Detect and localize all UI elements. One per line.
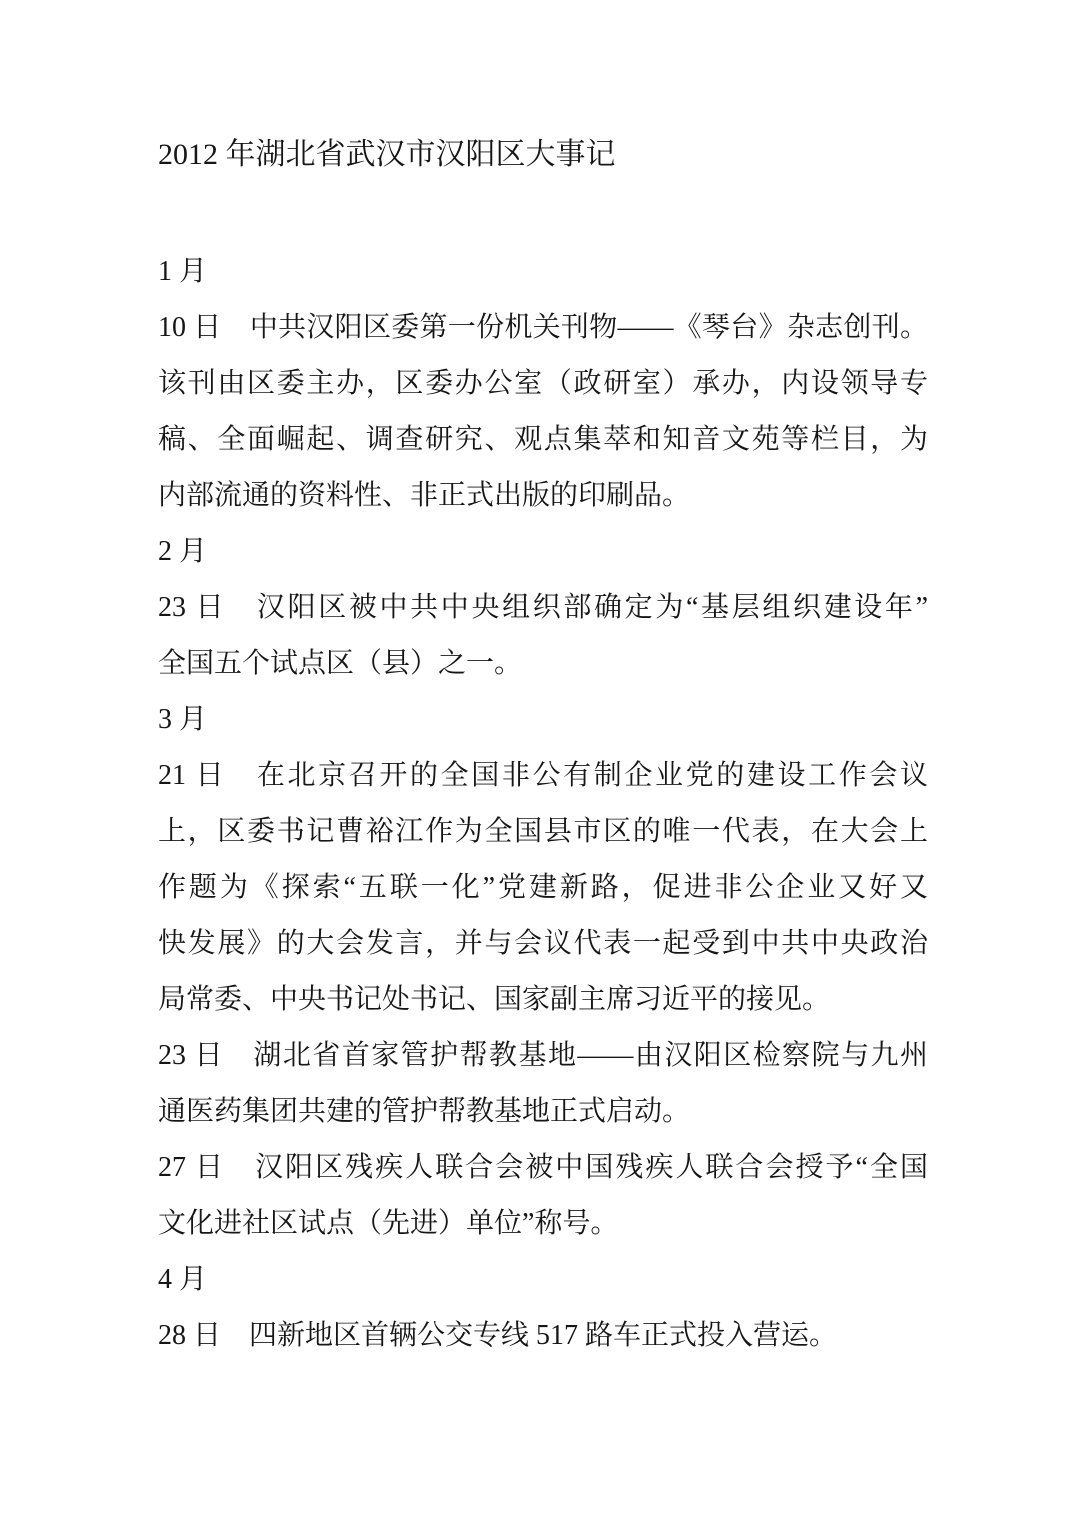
text-line: 稿、全面崛起、调查研究、观点集萃和知音文苑等栏目，为 bbox=[158, 412, 928, 468]
text-line: 23 日 湖北省首家管护帮教基地——由汉阳区检察院与九州 bbox=[158, 1028, 928, 1084]
text-line: 4 月 bbox=[158, 1252, 928, 1308]
text-line: 内部流通的资料性、非正式出版的印刷品。 bbox=[158, 468, 928, 524]
text-line: 文化进社区试点（先进）单位”称号。 bbox=[158, 1196, 928, 1252]
document-body: 1 月10 日 中共汉阳区委第一份机关刊物——《琴台》杂志创刊。该刊由区委主办，… bbox=[158, 244, 928, 1364]
document-page: 2012 年湖北省武汉市汉阳区大事记 1 月10 日 中共汉阳区委第一份机关刊物… bbox=[0, 0, 1074, 1520]
text-line: 该刊由区委主办，区委办公室（政研室）承办，内设领导专 bbox=[158, 356, 928, 412]
text-line: 1 月 bbox=[158, 244, 928, 300]
text-line: 23 日 汉阳区被中共中央组织部确定为“基层组织建设年” bbox=[158, 580, 928, 636]
text-line: 28 日 四新地区首辆公交专线 517 路车正式投入营运。 bbox=[158, 1308, 928, 1364]
text-line: 局常委、中央书记处书记、国家副主席习近平的接见。 bbox=[158, 972, 928, 1028]
text-line: 作题为《探索“五联一化”党建新路，促进非公企业又好又 bbox=[158, 860, 928, 916]
text-line: 2 月 bbox=[158, 524, 928, 580]
text-line: 10 日 中共汉阳区委第一份机关刊物——《琴台》杂志创刊。 bbox=[158, 300, 928, 356]
text-line: 3 月 bbox=[158, 692, 928, 748]
text-line: 全国五个试点区（县）之一。 bbox=[158, 636, 928, 692]
page-title: 2012 年湖北省武汉市汉阳区大事记 bbox=[158, 127, 928, 183]
text-line: 通医药集团共建的管护帮教基地正式启动。 bbox=[158, 1084, 928, 1140]
text-line: 27 日 汉阳区残疾人联合会被中国残疾人联合会授予“全国 bbox=[158, 1140, 928, 1196]
text-line: 上，区委书记曹裕江作为全国县市区的唯一代表，在大会上 bbox=[158, 804, 928, 860]
text-line: 21 日 在北京召开的全国非公有制企业党的建设工作会议 bbox=[158, 748, 928, 804]
text-line: 快发展》的大会发言，并与会议代表一起受到中共中央政治 bbox=[158, 916, 928, 972]
